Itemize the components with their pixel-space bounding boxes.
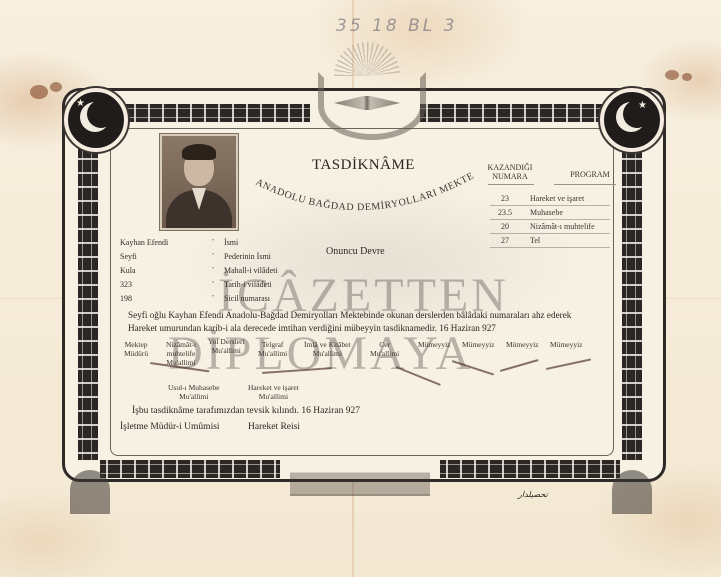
tunnel-icon	[70, 470, 110, 514]
rust-stain	[50, 82, 62, 92]
tunnel-icon	[612, 470, 652, 514]
field-separator: •	[212, 280, 214, 286]
rust-stain	[30, 85, 48, 99]
signatory-title-line: Mu'allimi	[258, 349, 287, 358]
field-label: Pederinin İsmi	[224, 252, 271, 261]
signatory-label: TelgrafMu'allimi	[258, 340, 287, 358]
signatory-title-line: Cer	[370, 340, 399, 349]
field-value: 323	[120, 280, 132, 289]
signatory-title-line: Mümeyyiz	[550, 340, 583, 349]
grade-row-rule	[490, 205, 610, 206]
grade-row-rule	[490, 233, 610, 234]
signatory-title-line: Mümeyyiz	[462, 340, 495, 349]
signatory-title-line: Hareket ve işaret	[248, 383, 299, 392]
rust-stain	[682, 73, 692, 81]
signatory-label: CerMu'allimi	[370, 340, 399, 358]
field-label: Tarih-i vilâdeti	[224, 280, 272, 289]
field-label: İsmi	[224, 238, 238, 247]
signatory-title-line: Mektep	[124, 340, 148, 349]
grade-row-rule	[490, 219, 610, 220]
student-field-row: Kayhan Efendi•İsmi	[120, 238, 320, 250]
signatory-label: Mümeyyiz	[550, 340, 583, 349]
certification-line: İşbu tasdiknâme tarafımızdan tevsik kılı…	[132, 406, 360, 416]
student-field-row: Seyfi•Pederinin İsmi	[120, 252, 320, 264]
signatory-title-line: Mümeyyiz	[506, 340, 539, 349]
score-column-header: KAZANDIĞI NUMARA	[482, 163, 538, 181]
student-field-row: Kula•Mahall-i vilâdeti	[120, 266, 320, 278]
field-separator: •	[212, 252, 214, 258]
locomotive-icon	[290, 458, 430, 496]
field-separator: •	[212, 238, 214, 244]
frame-band-right	[622, 120, 642, 460]
signatory-label: MektepMüdürü	[124, 340, 148, 358]
field-value: Kula	[120, 266, 136, 275]
frame-band-bottom-right	[440, 460, 620, 478]
school-name-arc: ANADOLU BAĞDAD DEMİRYOLLARI MEKTEBİ	[245, 170, 485, 230]
grade-program: Hareket ve işaret	[530, 194, 584, 203]
signatory-label: Mümeyyiz	[506, 340, 539, 349]
ottoman-signature: ﺗﺤﺼﻴﻠﺪﺍﺭ	[518, 490, 548, 499]
signatory-title-line: Telgraf	[258, 340, 287, 349]
student-field-row: 323•Tarih-i vilâdeti	[120, 280, 320, 292]
signatory-label: Nizâmât-ımuhtelifeMu'allimi	[166, 340, 196, 367]
signatory-label: Hareket ve işaretMu'allimi	[248, 383, 299, 401]
grade-program: Nizâmât-ı muhtelife	[530, 222, 595, 231]
signatory-label: Mümeyyiz	[462, 340, 495, 349]
signatory-label: Yol DersleriMu'allimi	[208, 337, 245, 355]
signatory-title-line: muhtelife	[166, 349, 196, 358]
signer-right: Hareket Reisi	[248, 422, 300, 432]
term-label: Onuncu Devre	[326, 246, 385, 257]
field-value: 198	[120, 294, 132, 303]
signatory-label: Usul-ı MuhasebeMu'allimi	[168, 383, 219, 401]
frame-band-top-left	[100, 104, 310, 122]
rust-stain	[665, 70, 679, 80]
signatory-label: İmlâ ve KitâbetMu'allimi	[304, 340, 351, 358]
field-separator: •	[212, 294, 214, 300]
signatory-label: Mümeyyiz	[418, 340, 451, 349]
grade-score: 20	[490, 222, 520, 231]
grade-score: 23	[490, 194, 520, 203]
signatory-title-line: İmlâ ve Kitâbet	[304, 340, 351, 349]
student-photo	[160, 134, 238, 230]
grade-score: 27	[490, 236, 520, 245]
frame-band-bottom-left	[100, 460, 280, 478]
grade-row-rule	[490, 247, 610, 248]
student-field-row: 198•Sicil numarası	[120, 294, 320, 306]
program-column-header: PROGRAM	[560, 170, 620, 179]
signer-left: İşletme Müdür-i Umûmisi	[120, 422, 220, 432]
grade-score: 23.5	[490, 208, 520, 217]
signatory-title-line: Yol Dersleri	[208, 337, 245, 346]
signatory-title-line: Mu'allimi	[168, 392, 219, 401]
grade-program: Tel	[530, 236, 540, 245]
archive-number: 35 18 BL 3	[336, 16, 457, 36]
signatory-title-line: Usul-ı Muhasebe	[168, 383, 219, 392]
field-label: Mahall-i vilâdeti	[224, 266, 278, 275]
signatory-title-line: Mu'allimi	[304, 349, 351, 358]
signatory-title-line: Müdürü	[124, 349, 148, 358]
field-label: Sicil numarası	[224, 294, 270, 303]
signatory-title-line: Nizâmât-ı	[166, 340, 196, 349]
crescent-star-icon: ★	[600, 88, 664, 152]
frame-band-top-right	[420, 104, 630, 122]
certificate-statement: Seyfi oğlu Kayhan Efendi Anadolu-Bağdad …	[128, 309, 598, 335]
field-value: Seyfi	[120, 252, 137, 261]
frame-band-left	[78, 120, 98, 460]
crescent-star-icon: ★	[64, 88, 128, 152]
score-header-rule	[488, 184, 534, 185]
signatory-title-line: Mu'allimi	[208, 346, 245, 355]
grade-program: Muhasebe	[530, 208, 563, 217]
field-value: Kayhan Efendi	[120, 238, 168, 247]
signatory-title-line: Mu'allimi	[370, 349, 399, 358]
field-separator: •	[212, 266, 214, 272]
signatory-title-line: Mümeyyiz	[418, 340, 451, 349]
program-header-rule	[554, 184, 616, 185]
signatory-title-line: Mu'allimi	[248, 392, 299, 401]
